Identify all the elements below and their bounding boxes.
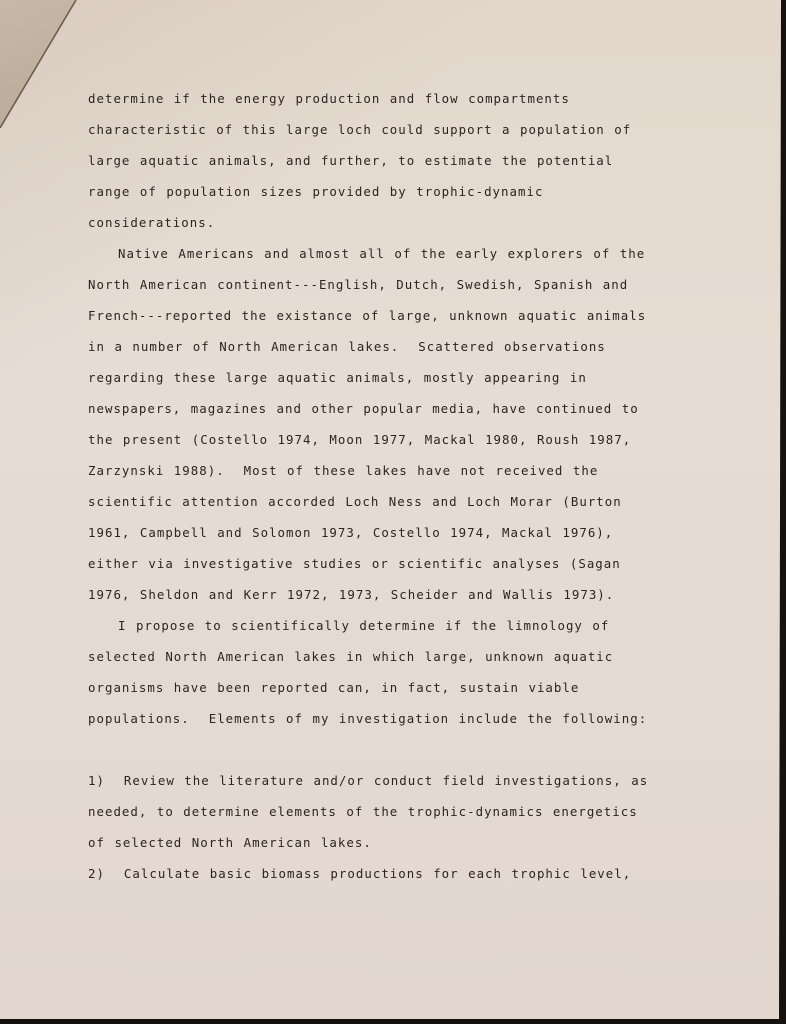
text-line: regarding these large aquatic animals, m… bbox=[88, 367, 728, 398]
text-line: selected North American lakes in which l… bbox=[88, 646, 728, 677]
text-line: Zarzynski 1988). Most of these lakes hav… bbox=[88, 460, 728, 491]
document-body: determine if the energy production and f… bbox=[88, 88, 728, 894]
text-line: in a number of North American lakes. Sca… bbox=[88, 336, 728, 367]
text-line: 2) Calculate basic biomass productions f… bbox=[88, 863, 728, 894]
text-line: determine if the energy production and f… bbox=[88, 88, 728, 119]
text-line: 1) Review the literature and/or conduct … bbox=[88, 770, 728, 801]
text-line: 1976, Sheldon and Kerr 1972, 1973, Schei… bbox=[88, 584, 728, 615]
text-line: either via investigative studies or scie… bbox=[88, 553, 728, 584]
text-line: French---reported the existance of large… bbox=[88, 305, 728, 336]
paragraph-2: Native Americans and almost all of the e… bbox=[88, 243, 728, 615]
numbered-list: 1) Review the literature and/or conduct … bbox=[88, 770, 728, 894]
blank-line bbox=[88, 739, 728, 770]
text-line: considerations. bbox=[88, 212, 728, 243]
list-item-1: 1) Review the literature and/or conduct … bbox=[88, 770, 728, 863]
text-line: large aquatic animals, and further, to e… bbox=[88, 150, 728, 181]
photo-scene: determine if the energy production and f… bbox=[0, 0, 786, 1024]
text-line: organisms have been reported can, in fac… bbox=[88, 677, 728, 708]
text-line: I propose to scientifically determine if… bbox=[88, 615, 728, 646]
text-line: needed, to determine elements of the tro… bbox=[88, 801, 728, 832]
paragraph-3: I propose to scientifically determine if… bbox=[88, 615, 728, 739]
text-line: North American continent---English, Dutc… bbox=[88, 274, 728, 305]
text-line: populations. Elements of my investigatio… bbox=[88, 708, 728, 739]
text-line: scientific attention accorded Loch Ness … bbox=[88, 491, 728, 522]
list-item-2: 2) Calculate basic biomass productions f… bbox=[88, 863, 728, 894]
text-line: the present (Costello 1974, Moon 1977, M… bbox=[88, 429, 728, 460]
text-line: characteristic of this large loch could … bbox=[88, 119, 728, 150]
text-line: 1961, Campbell and Solomon 1973, Costell… bbox=[88, 522, 728, 553]
text-line: newspapers, magazines and other popular … bbox=[88, 398, 728, 429]
paragraph-1: determine if the energy production and f… bbox=[88, 88, 728, 243]
text-line: range of population sizes provided by tr… bbox=[88, 181, 728, 212]
text-line: of selected North American lakes. bbox=[88, 832, 728, 863]
text-line: Native Americans and almost all of the e… bbox=[88, 243, 728, 274]
